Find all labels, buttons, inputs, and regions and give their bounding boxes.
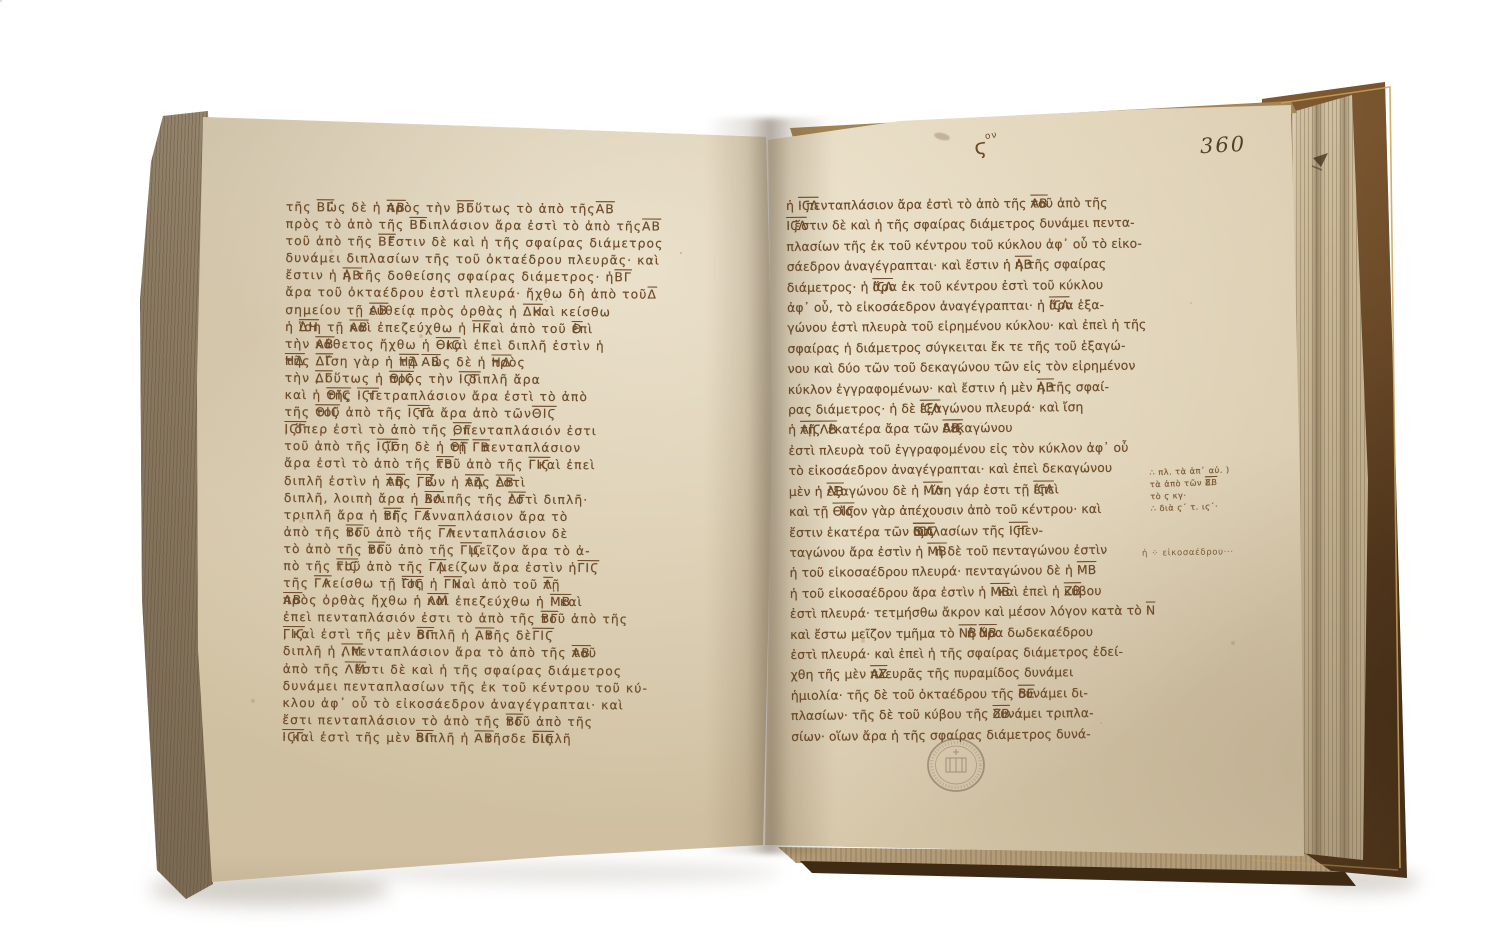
open-manuscript-photo: τῆς ΒΓ· ὡς δὲ ἡ ΑΒ πρὸς τὴν ΒΓ, οὕτως τὸ… (0, 0, 1500, 950)
marginal-note-extension: ἡ ⁘ εἰκοσαέδρου··· (1142, 547, 1234, 559)
manuscript-line: τὸ εἰκοσάεδρον ἀναγέγραπται· καὶ ἐπεὶ δε… (789, 458, 1169, 482)
manuscript-line: ἐστὶ πλευρά· καὶ ἐπεὶ ἡ τῆς σφαίρας διάμ… (790, 641, 1170, 665)
folio-number: 360 (1199, 132, 1246, 158)
manuscript-line: ἀπὸ τῆς ΛΜ· ἔστι δὲ καὶ ἡ τῆς σφαίρας δι… (283, 661, 753, 681)
left-page-text: τῆς ΒΓ· ὡς δὲ ἡ ΑΒ πρὸς τὴν ΒΓ, οὕτως τὸ… (282, 199, 756, 749)
manuscript-line: πὸ τῆς ΓΙϚ τοῦ ἀπὸ τῆς ΓΛ· μείζων ἄρα ἐσ… (283, 558, 753, 578)
marginal-note: ∴ πλ. τὰ ἀπ᾽ αὐ. )τὰ ἀπὸ τῶν ΖΒ δ.τὸ ϛ κ… (1149, 462, 1281, 515)
manuscript-line: ἡ ΔΗ ἴση τῇ ΑΒ καὶ ἐπεζεύχθω ἡ ΗΓ· καὶ ἀ… (285, 319, 755, 339)
quire-mark: ϛον (972, 130, 1001, 160)
foxing-specks (0, 0, 2, 2)
manuscript-line: ΙϚΓ· καὶ ἐστὶ τῆς μὲν ΒΓ διπλῆ ἡ ΑΒ· τῆσ… (282, 729, 752, 749)
manuscript-line: σίων· οἵων ἄρα ἡ τῆς σφαίρας διάμετρος δ… (791, 723, 1171, 747)
quire-mark-superscript: ον (984, 130, 998, 142)
manuscript-line: ἐστὶ πλευρά· τετμήσθω ἄκρον καὶ μέσον λό… (790, 600, 1170, 624)
manuscript-line: πλασίων τῆς ἐκ τοῦ κέντρου τοῦ κύκλου ἀφ… (786, 233, 1166, 257)
right-page-text: ἡ ΙϚΛ· πενταπλάσιον ἄρα ἐστὶ τὸ ἀπὸ τῆς … (786, 192, 1171, 747)
manuscript-line: ἀπὸ τῆς ΒΓ τοῦ ἀπὸ τῆς ΓΛ· πενταπλάσιον … (284, 524, 754, 544)
manuscript-line: νου καὶ δύο τῶν τοῦ δεκαγώνου τῶν εἰς τὸ… (788, 356, 1168, 380)
manuscript-line: ἔστιν ἡ ΑΒ ἡ τῆς δοθείσης σφαίρας διάμετ… (285, 267, 755, 287)
